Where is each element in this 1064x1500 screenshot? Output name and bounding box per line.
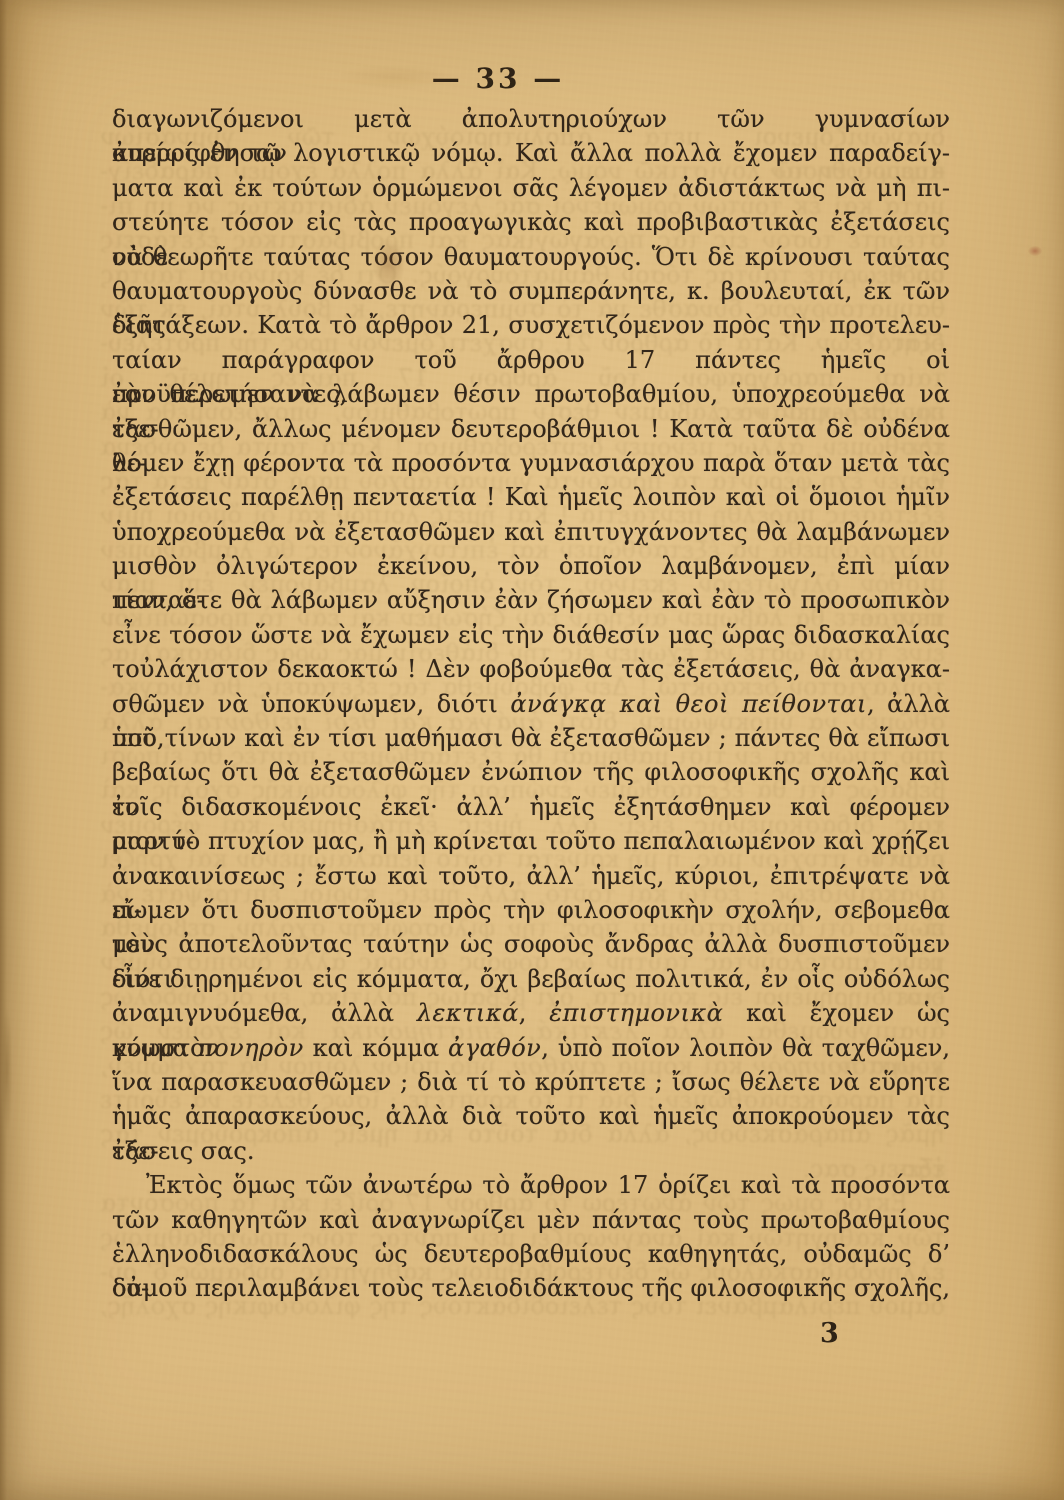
text-line: διατάξεων. Κατὰ τὸ ἄρθρον 21, συσχετιζόμ… xyxy=(112,308,950,342)
text-segment: ὑποχρεούμεθα νὰ ἐξετασθῶμεν καὶ ἐπιτυγχά… xyxy=(112,518,950,546)
text-segment: κόμμα xyxy=(112,1034,198,1062)
text-segment: Ἐκτὸς ὅμως τῶν ἀνωτέρω τὸ ἄρθρον 17 ὁρίζ… xyxy=(146,1171,950,1199)
text-segment: ἵνα παρασκευασθῶμεν ; διὰ τί τὸ κρύπτετε… xyxy=(112,1068,950,1096)
text-line: λομεν ἔχῃ φέροντα τὰ προσόντα γυμνασιάρχ… xyxy=(112,446,950,480)
text-line: ἀνακαινίσεως ; ἔστω καὶ τοῦτο, ἀλλ’ ἡμεῖ… xyxy=(112,859,950,893)
text-line: ὑποχρεούμεθα νὰ ἐξετασθῶμεν καὶ ἐπιτυγχά… xyxy=(112,515,950,549)
text-line: βεβαίως ὅτι θὰ ἐξετασθῶμεν ἐνώπιον τῆς φ… xyxy=(112,755,950,789)
italic-text-segment: λεκτικά xyxy=(417,999,519,1027)
text-line: εἶνε τόσον ὥστε νὰ ἔχωμεν εἰς τὴν διάθεσ… xyxy=(112,618,950,652)
text-segment: τῶν καθηγητῶν καὶ ἀναγνωρίζει μὲν πάντας… xyxy=(112,1206,950,1234)
text-line: ἐὰν θέλωμεν νὰ λάβωμεν θέσιν πρωτοβαθμίο… xyxy=(112,377,950,411)
italic-text-segment: ἀνάγκᾳ καὶ θεοὶ πείθονται xyxy=(510,690,867,718)
text-line: ταίαν παράγραφον τοῦ ἄρθρου 17 πάντες ἡμ… xyxy=(112,343,950,377)
text-line: ματα καὶ ἐκ τούτων ὁρμώμενοι σᾶς λέγομεν… xyxy=(112,171,950,205)
text-segment: εἶνε τόσον ὥστε νὰ ἔχωμεν εἰς τὴν διάθεσ… xyxy=(112,621,950,649)
text-segment: ριον τὸ πτυχίον μας, ἢ μὴ κρίνεται τοῦτο… xyxy=(112,827,950,855)
text-line: τοὺς ἀποτελοῦντας ταύτην ὡς σοφοὺς ἄνδρα… xyxy=(112,927,950,961)
text-line: πωμεν ὅτι δυσπιστοῦμεν πρὸς τὴν φιλοσοφι… xyxy=(112,893,950,927)
text-segment: , ὑπὸ ποῖον λοιπὸν θὰ ταχθῶμεν, xyxy=(541,1034,950,1062)
text-segment: λομεν ἔχῃ φέροντα τὰ προσόντα γυμνασιάρχ… xyxy=(112,449,950,477)
text-line: ὑπὸ τίνων καὶ ἐν τίσι μαθήμασι θὰ ἐξετασ… xyxy=(112,721,950,755)
text-line: θαυματουργοὺς δύνασθε νὰ τὸ συμπεράνητε,… xyxy=(112,274,950,308)
text-line: διαγωνιζόμενοι μετὰ ἀπολυτηριούχων τῶν γ… xyxy=(112,102,950,136)
text-segment: δαμοῦ περιλαμβάνει τοὺς τελειοδιδάκτους … xyxy=(112,1274,950,1302)
text-line: ἀναμιγνυόμεθα, ἀλλὰ λεκτικά, ἐπιστημονικ… xyxy=(112,996,950,1030)
text-segment: ἀναμιγνυόμεθα, ἀλλὰ xyxy=(112,999,417,1027)
italic-text-segment: ἀγαθόν xyxy=(448,1034,541,1062)
text-segment: κυρίως ἐν τῷ λογιστικῷ νόμῳ. Καὶ ἄλλα πο… xyxy=(112,139,950,167)
text-line: μισθὸν ὀλιγώτερον ἐκείνου, τὸν ὁποῖον λα… xyxy=(112,549,950,583)
text-line: τασθῶμεν, ἄλλως μένομεν δευτεροβάθμιοι !… xyxy=(112,412,950,446)
text-line: τῶν καθηγητῶν καὶ ἀναγνωρίζει μὲν πάντας… xyxy=(112,1203,950,1237)
text-segment: ὑπὸ τίνων καὶ ἐν τίσι μαθήμασι θὰ ἐξετασ… xyxy=(112,724,950,752)
text-segment: τάσεις σας. xyxy=(112,1137,254,1165)
page-text: διαγωνιζόμενοι μετὰ ἀπολυτηριούχων τῶν γ… xyxy=(112,102,950,1306)
text-segment: σθῶμεν νὰ ὑποκύψωμεν, διότι xyxy=(112,690,510,718)
page-gutter-crease xyxy=(0,0,7,1500)
text-line: τοὐλάχιστον δεκαοκτώ ! Δὲν φοβούμεθα τὰς… xyxy=(112,652,950,686)
text-line: δαμοῦ περιλαμβάνει τοὺς τελειοδιδάκτους … xyxy=(112,1271,950,1305)
text-segment: καὶ κόμμα xyxy=(304,1034,448,1062)
text-segment: , xyxy=(519,999,549,1027)
signature-mark: 3 xyxy=(820,1318,839,1349)
scanned-book-page: διαγωνιζόμενοι μετὰ ἀπολυτηριούχων τῶν γ… xyxy=(0,0,1064,1500)
text-line: τίαν, ὅτε θὰ λάβωμεν αὔξησιν ἐὰν ζήσωμεν… xyxy=(112,583,950,617)
text-segment: ματα καὶ ἐκ τούτων ὁρμώμενοι σᾶς λέγομεν… xyxy=(112,174,950,202)
text-line: σθῶμεν νὰ ὑποκύψωμεν, διότι ἀνάγκᾳ καὶ θ… xyxy=(112,687,950,721)
text-line: ἡμᾶς ἀπαρασκεύους, ἀλλὰ διὰ τοῦτο καὶ ἡμ… xyxy=(112,1099,950,1133)
text-segment: εἶνε διῃρημένοι εἰς κόμματα, ὄχι βεβαίως… xyxy=(112,965,950,993)
text-line: τοῖς διδασκομένοις ἐκεῖ· ἀλλ’ ἡμεῖς ἐξητ… xyxy=(112,790,950,824)
stain xyxy=(1028,246,1042,256)
text-line: στεύητε τόσον εἰς τὰς προαγωγικὰς καὶ πρ… xyxy=(112,205,950,239)
text-line: κόμμα πονηρὸν καὶ κόμμα ἀγαθόν, ὑπὸ ποῖο… xyxy=(112,1031,950,1065)
text-segment: διατάξεων. Κατὰ τὸ ἄρθρον 21, συσχετιζόμ… xyxy=(112,311,950,339)
page-number-header: — 33 — xyxy=(0,62,996,95)
text-line: ἵνα παρασκευασθῶμεν ; διὰ τί τὸ κρύπτετε… xyxy=(112,1065,950,1099)
text-segment: τοὐλάχιστον δεκαοκτώ ! Δὲν φοβούμεθα τὰς… xyxy=(112,655,950,683)
text-line: ριον τὸ πτυχίον μας, ἢ μὴ κρίνεται τοῦτο… xyxy=(112,824,950,858)
text-segment: ἐξετάσεις παρέλθῃ πενταετία ! Καὶ ἡμεῖς … xyxy=(112,483,950,511)
text-line: εἶνε διῃρημένοι εἰς κόμματα, ὄχι βεβαίως… xyxy=(112,962,950,996)
text-line: ἑλληνοδιδασκάλους ὡς δευτεροβαθμίους καθ… xyxy=(112,1237,950,1271)
text-segment: νὰ θεωρῆτε ταύτας τόσον θαυματουργούς. Ὅ… xyxy=(112,243,950,271)
text-line: κυρίως ἐν τῷ λογιστικῷ νόμῳ. Καὶ ἄλλα πο… xyxy=(112,136,950,170)
text-line: Ἐκτὸς ὅμως τῶν ἀνωτέρω τὸ ἄρθρον 17 ὁρίζ… xyxy=(112,1168,950,1202)
italic-text-segment: πονηρὸν xyxy=(198,1034,304,1062)
italic-text-segment: ἐπιστημονικὰ xyxy=(549,999,723,1027)
text-segment: τίαν, ὅτε θὰ λάβωμεν αὔξησιν ἐὰν ζήσωμεν… xyxy=(112,586,950,614)
text-line: τάσεις σας. xyxy=(112,1134,950,1168)
text-line: νὰ θεωρῆτε ταύτας τόσον θαυματουργούς. Ὅ… xyxy=(112,240,950,274)
text-line: ἐξετάσεις παρέλθῃ πενταετία ! Καὶ ἡμεῖς … xyxy=(112,480,950,514)
